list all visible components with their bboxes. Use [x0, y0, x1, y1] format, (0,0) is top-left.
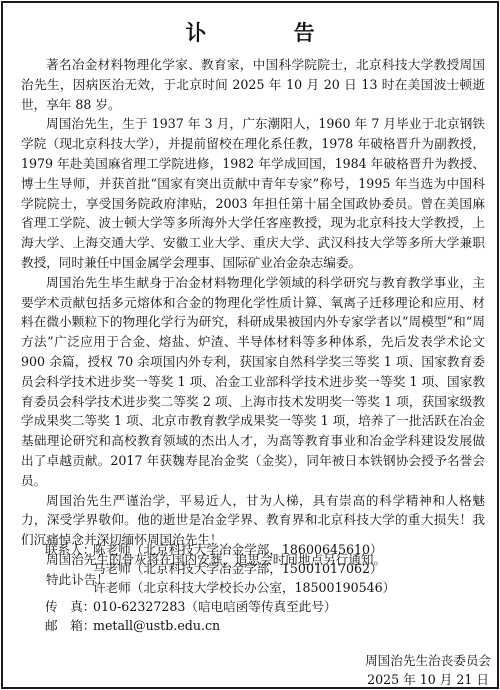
- committee-name: 周国治先生治丧委员会: [365, 651, 491, 670]
- signoff: 周国治先生治丧委员会 2025 年 10 月 21 日: [365, 651, 491, 689]
- email-label: 邮 箱：: [45, 616, 93, 635]
- contact-label: 联系人：: [45, 540, 93, 559]
- paragraph-announcement: 著名冶金材料物理化学家、教育家，中国科学院院士，北京科技大学教授周国治先生，因病…: [21, 55, 485, 114]
- contact-row-1: 联系人： 陈老师（北京科技大学冶金学部，18600645610）: [45, 540, 395, 559]
- contact-section: 联系人： 陈老师（北京科技大学冶金学部，18600645610） 马老师（北京科…: [45, 540, 395, 635]
- contact-person: 许老师（北京科技大学校长办公室，18500190546）: [93, 578, 395, 597]
- paragraph-achievements: 周国治先生毕生献身于冶金材料物理化学领域的科学研究与教育教学事业，主要学术贡献包…: [21, 273, 485, 491]
- email-row: 邮 箱： metall@ustb.edu.cn: [45, 616, 395, 635]
- paragraph-biography: 周国治先生，生于 1937 年 3 月，广东潮阳人，1960 年 7 月毕业于北…: [21, 114, 485, 272]
- fax-row: 传 真： 010-62327283（唁电唁函等传真至此号）: [45, 597, 395, 616]
- contact-person: 马老师（北京科技大学冶金学部，15001017062）: [93, 559, 383, 578]
- contact-row-3: 许老师（北京科技大学校长办公室，18500190546）: [45, 578, 395, 597]
- notice-title: 讣 告: [3, 17, 497, 47]
- obituary-notice: 讣 告 著名冶金材料物理化学家、教育家，中国科学院院士，北京科技大学教授周国治先…: [1, 1, 499, 689]
- fax-label: 传 真：: [45, 597, 93, 616]
- contact-row-2: 马老师（北京科技大学冶金学部，15001017062）: [45, 559, 395, 578]
- contact-person: 陈老师（北京科技大学冶金学部，18600645610）: [93, 540, 383, 559]
- fax-number: 010-62327283（唁电唁函等传真至此号）: [93, 597, 337, 616]
- notice-date: 2025 年 10 月 21 日: [365, 670, 491, 689]
- notice-body: 著名冶金材料物理化学家、教育家，中国科学院院士，北京科技大学教授周国治先生，因病…: [21, 55, 485, 590]
- email-address: metall@ustb.edu.cn: [93, 616, 220, 635]
